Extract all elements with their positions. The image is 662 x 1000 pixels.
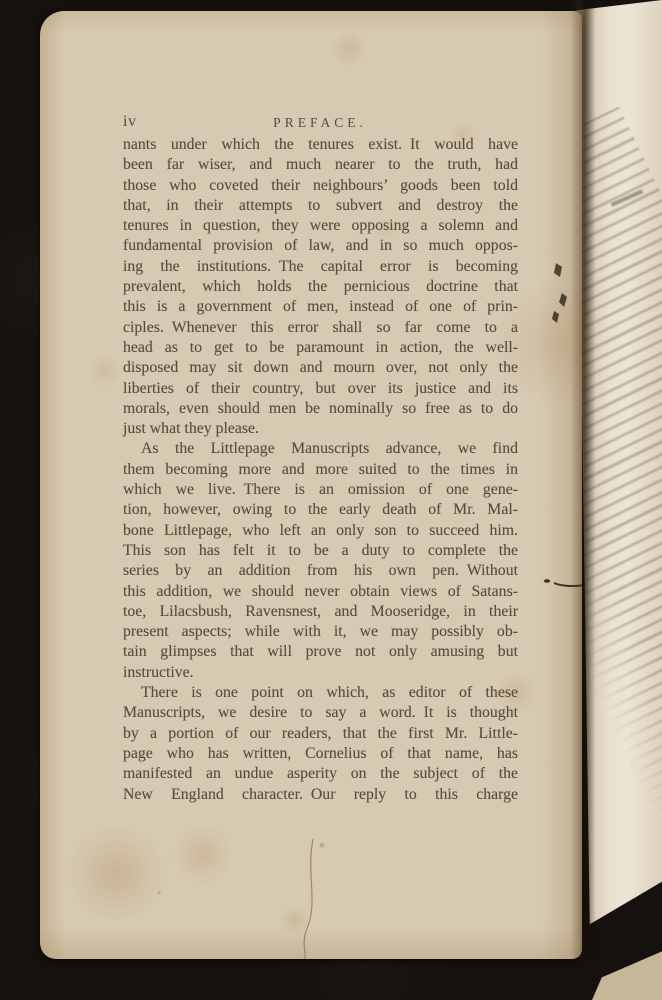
body-text: nants under which the tenures exist. It … xyxy=(123,135,518,805)
text-line: tain glimpses that will prove not only a… xyxy=(123,642,518,662)
text-line: disposed may sit down and mourn over, no… xyxy=(123,358,518,378)
text-line: ciples. Whenever this error shall so far… xyxy=(123,318,518,338)
page-crack xyxy=(304,839,313,959)
text-line: nants under which the tenures exist. It … xyxy=(123,135,518,155)
fore-edge-nicks xyxy=(552,263,567,323)
text-line: fundamental provision of law, and in so … xyxy=(123,236,518,256)
ink-mark xyxy=(544,579,582,586)
page-block-edge xyxy=(592,946,662,1000)
text-line: toe, Lilacsbush, Ravensnest, and Mooseri… xyxy=(123,602,518,622)
text-line: series by an addition from his own pen. … xyxy=(123,561,518,581)
text-line: page who has written, Cornelius of that … xyxy=(123,744,518,764)
text-line: bone Littlepage, who left an only son to… xyxy=(123,521,518,541)
text-line: New England character. Our reply to this… xyxy=(123,785,518,805)
text-line: this addition, we should never obtain vi… xyxy=(123,582,518,602)
text-line: present aspects; while with it, we may p… xyxy=(123,622,518,642)
book-page: iv PREFACE. nants under which the tenure… xyxy=(40,11,582,959)
running-title: PREFACE. xyxy=(273,115,367,131)
facing-page xyxy=(576,0,662,948)
text-line: manifested an undue asperity on the subj… xyxy=(123,764,518,784)
text-line: tion, however, owing to the early death … xyxy=(123,500,518,520)
text-line: Manuscripts, we desire to say a word. It… xyxy=(123,703,518,723)
text-line: those who coveted their neighbours’ good… xyxy=(123,176,518,196)
text-line: There is one point on which, as editor o… xyxy=(123,683,518,703)
text-line: head as to get to be paramount in action… xyxy=(123,338,518,358)
text-line: them becoming more and more suited to th… xyxy=(123,460,518,480)
page-number: iv xyxy=(123,113,136,131)
text-line: by a portion of our readers, that the fi… xyxy=(123,724,518,744)
text-line: morals, even should men be nominally so … xyxy=(123,399,518,419)
text-line: been far wiser, and much nearer to the t… xyxy=(123,155,518,175)
book-photo: iv PREFACE. nants under which the tenure… xyxy=(0,0,662,1000)
text-line: instructive. xyxy=(123,663,518,683)
text-line: As the Littlepage Manuscripts advance, w… xyxy=(123,439,518,459)
text-line: which we live. There is an omission of o… xyxy=(123,480,518,500)
text-line: just what they please. xyxy=(123,419,518,439)
text-line: tenures in question, they were opposing … xyxy=(123,216,518,236)
facing-page-text-blur xyxy=(576,106,662,930)
page-crack-highlight xyxy=(304,839,311,929)
page-header: iv PREFACE. xyxy=(123,111,517,133)
text-line: This son has felt it to be a duty to com… xyxy=(123,541,518,561)
text-line: ing the institutions. The capital error … xyxy=(123,257,518,277)
text-line: this is a government of men, instead of … xyxy=(123,297,518,317)
text-line: that, in their attempts to subvert and d… xyxy=(123,196,518,216)
text-line: liberties of their country, but over its… xyxy=(123,379,518,399)
text-line: prevalent, which holds the pernicious do… xyxy=(123,277,518,297)
